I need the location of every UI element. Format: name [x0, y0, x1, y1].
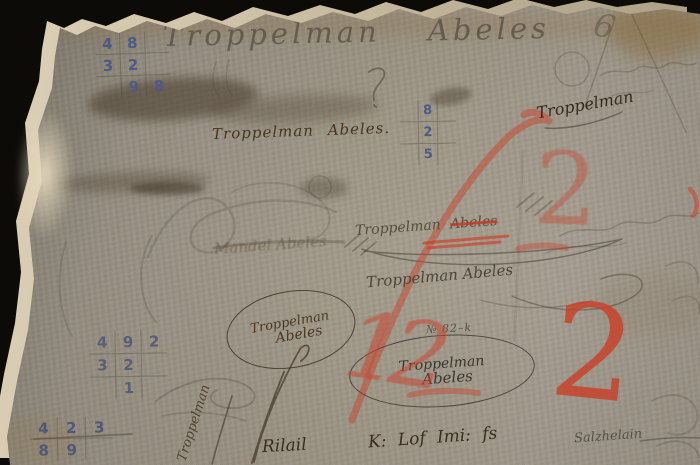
grid-cell: 5 — [419, 144, 438, 165]
red-numeral-faded: 2 — [532, 139, 599, 241]
grid-cell: 9 — [121, 76, 147, 98]
pencil-loop — [60, 242, 72, 336]
pencil-question-squiggle — [369, 68, 384, 107]
grid-cell: 2 — [141, 330, 166, 353]
grid-cell — [146, 53, 171, 76]
number-grid-bottom-left: 42389 — [30, 416, 114, 460]
pencil-monogram-scribble — [232, 183, 330, 240]
paper: Troppelman Abeles Troppelman Abeles. Tro… — [0, 0, 700, 465]
grid-cell — [399, 100, 418, 122]
bottom-partial-inscription: Rilail — [262, 437, 308, 456]
header-inscription: Troppelman Abeles — [163, 14, 550, 51]
grid-cell — [86, 438, 113, 459]
pencil-tail — [640, 438, 700, 441]
grid-cell: 9 — [58, 439, 86, 460]
pencil-circle — [309, 176, 331, 198]
grid-cell — [90, 377, 116, 399]
pencil-loop — [141, 236, 156, 322]
grid-cell: 8 — [120, 32, 146, 55]
pencil-loop — [672, 297, 699, 313]
grid-cell: 3 — [96, 54, 122, 77]
grid-cell: 4 — [95, 32, 121, 55]
grid-cell: 4 — [30, 417, 58, 439]
grid-cell: 2 — [116, 354, 142, 377]
number-grid-top-left: 483298 — [95, 31, 171, 99]
pencil-loop — [666, 262, 698, 283]
grid-cell: 3 — [90, 354, 116, 377]
grid-cell: 8 — [418, 100, 437, 122]
grid-cell: 8 — [146, 75, 171, 97]
grid-cell — [400, 122, 419, 144]
red-numeral-large: 2 — [545, 284, 641, 422]
grid-cell: 4 — [89, 331, 115, 354]
grid-cell: 2 — [121, 54, 147, 77]
number-grid-upper-center: 825 — [399, 100, 456, 166]
manuscript-photo: Troppelman Abeles Troppelman Abeles. Tro… — [0, 0, 700, 465]
red-fraction-mark: 12 — [338, 298, 444, 403]
pencil-diagonal-line — [630, 10, 686, 132]
pencil-circle — [555, 52, 589, 86]
pencil-squiggle — [600, 63, 696, 76]
grid-cell — [142, 376, 167, 398]
grid-cell: 9 — [115, 331, 141, 354]
red-crayon-mark — [690, 189, 697, 216]
struck-inscription-second: Abeles — [450, 213, 498, 232]
grid-cell: 2 — [58, 417, 86, 439]
grid-cell — [400, 144, 419, 165]
grid-cell — [96, 76, 122, 98]
number-grid-mid-left: 492321 — [89, 330, 167, 399]
pencil-strokes — [213, 60, 232, 97]
grid-cell — [142, 353, 167, 376]
pencil-loops — [652, 395, 699, 457]
grid-cell — [145, 31, 170, 54]
grid-cell — [438, 122, 456, 144]
grid-cell: 3 — [86, 416, 113, 438]
grid-cell: 8 — [30, 439, 58, 460]
grid-cell — [437, 100, 455, 122]
grid-cell: 2 — [419, 122, 438, 144]
grid-cell: 1 — [116, 377, 142, 399]
grid-cell — [438, 144, 456, 165]
